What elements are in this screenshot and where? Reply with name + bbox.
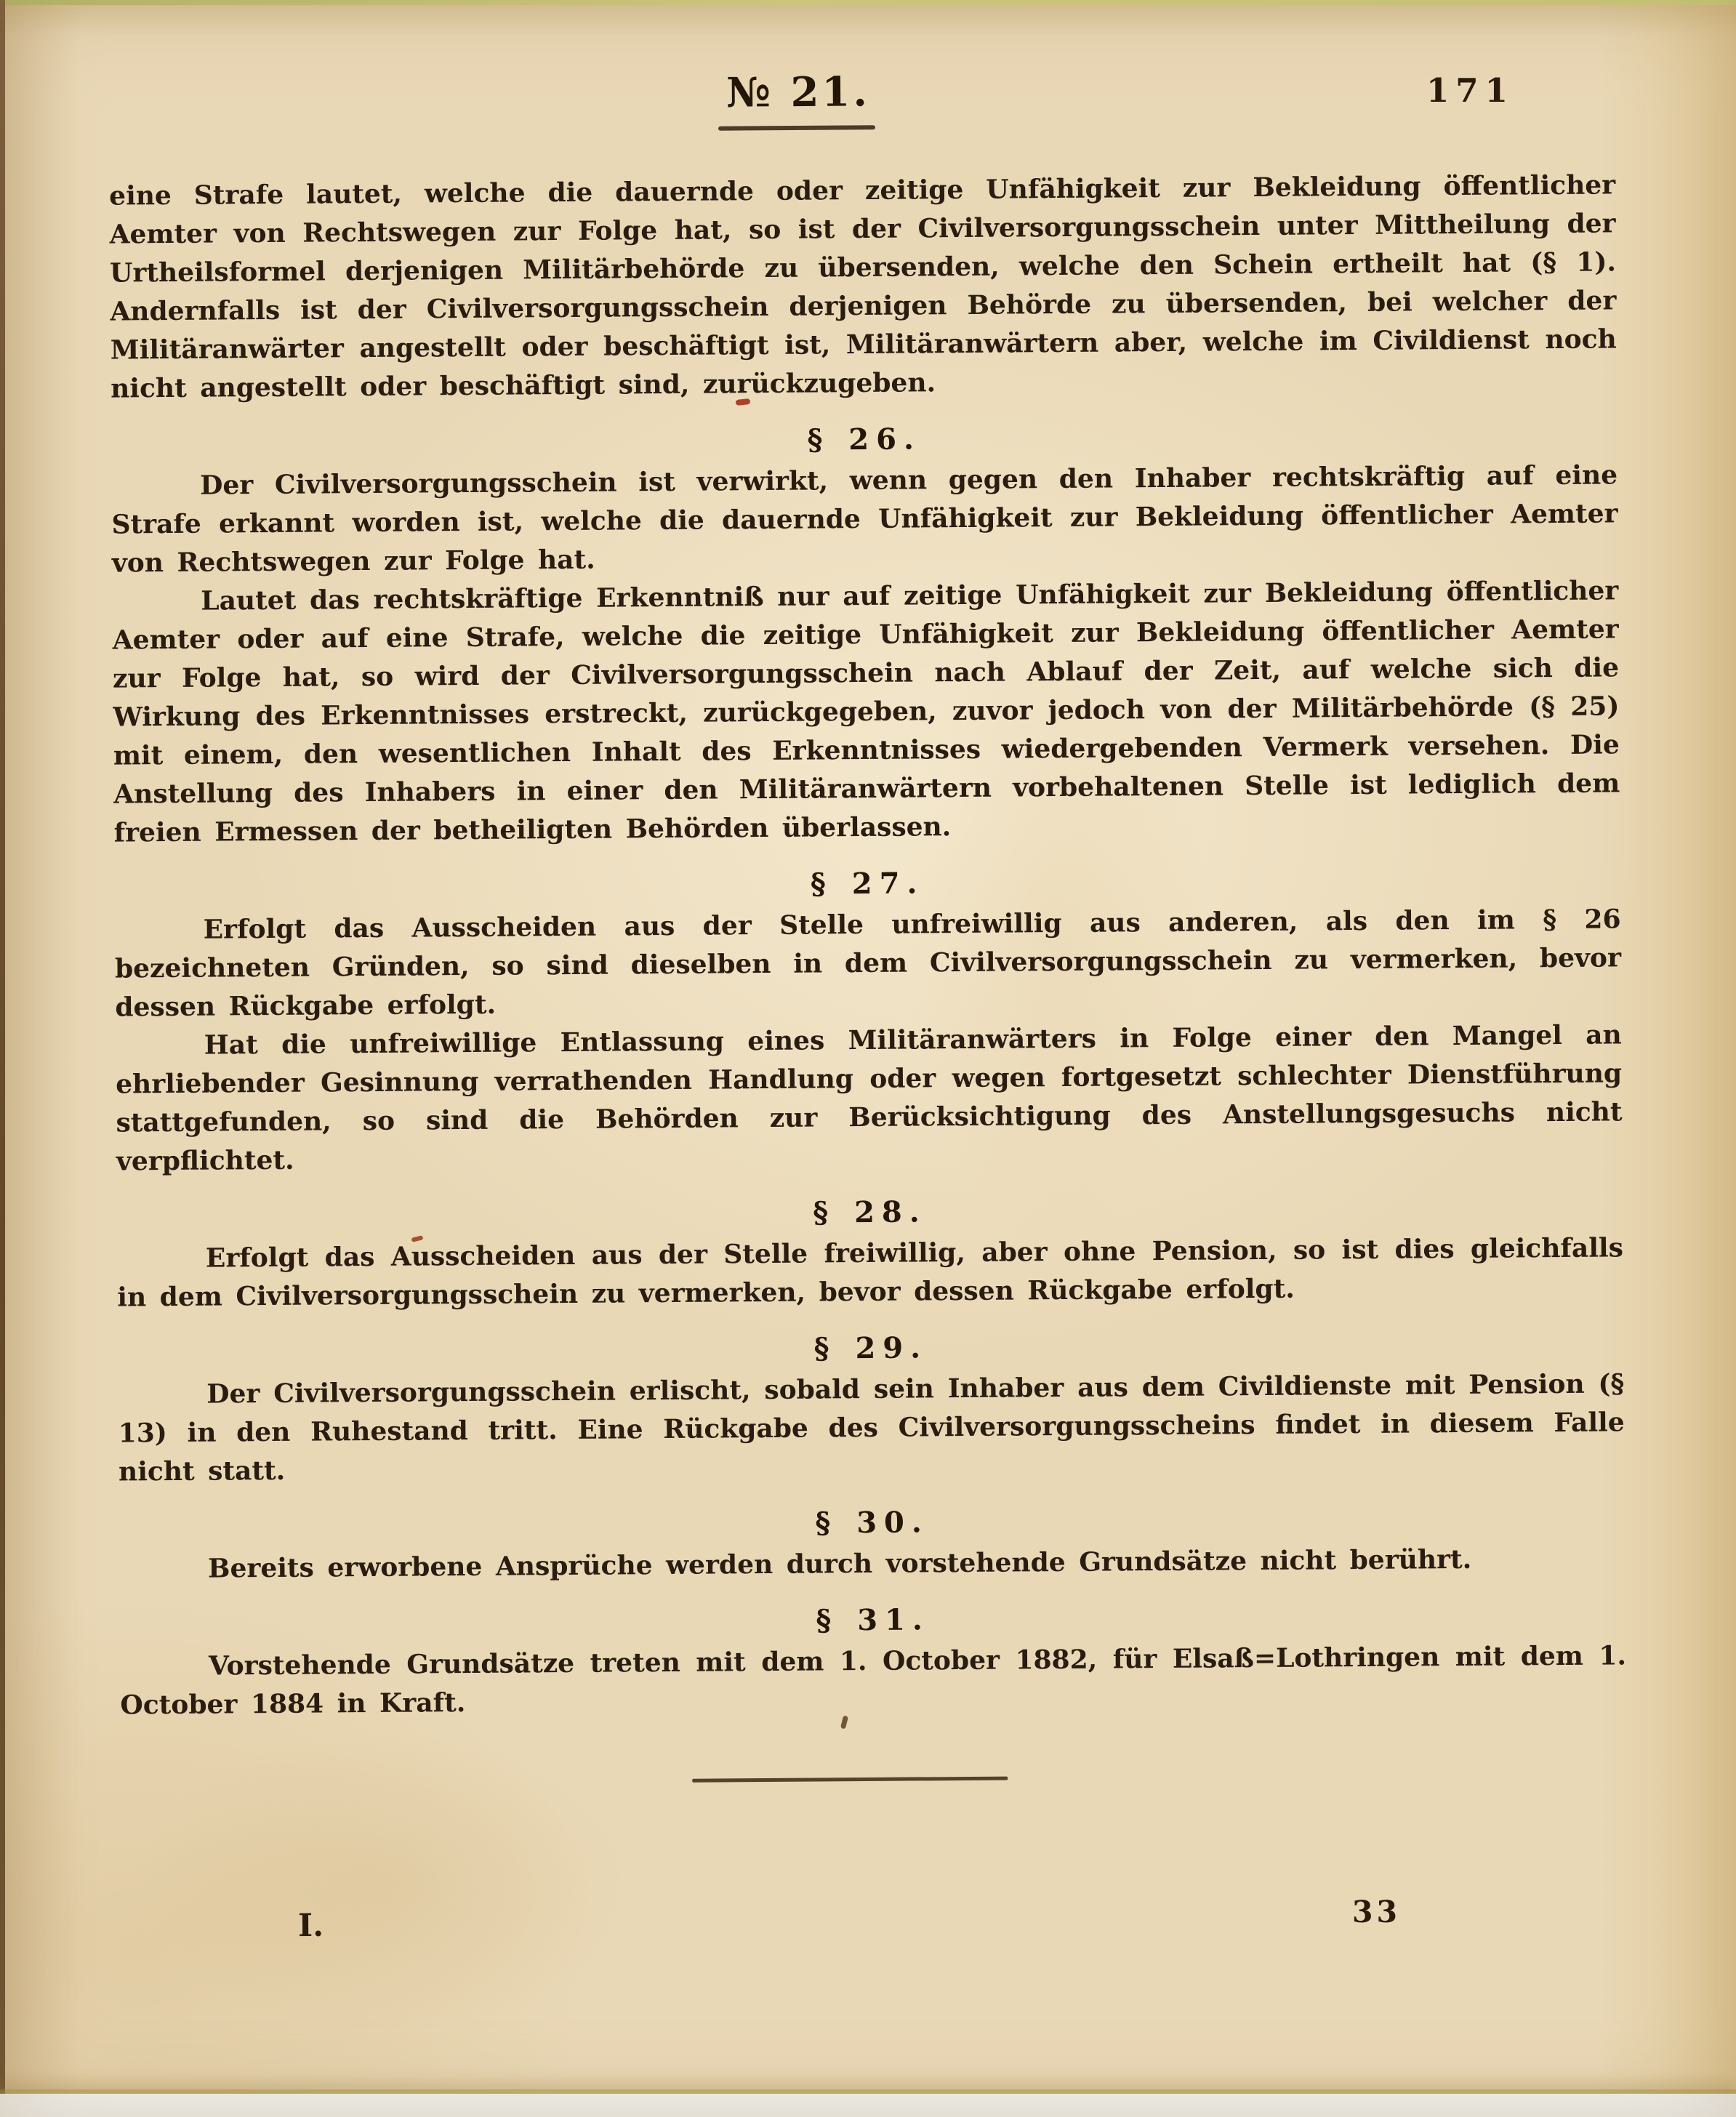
paragraph-27-1: Erfolgt das Ausscheiden aus der Stelle u… — [114, 900, 1621, 1027]
paragraph-28-1: Erfolgt das Ausscheiden aus der Stelle f… — [117, 1229, 1624, 1317]
section-heading-26: § 26. — [111, 414, 1618, 464]
document-body: eine Strafe lautet, welche die dauernde … — [109, 166, 1627, 1786]
section-heading-31: § 31. — [119, 1595, 1626, 1644]
scan-left-edge — [0, 0, 5, 2095]
section-heading-29: § 29. — [118, 1323, 1624, 1373]
section-heading-30: § 30. — [118, 1498, 1625, 1547]
sheet-number: 33 — [1352, 1895, 1401, 1929]
closing-rule — [692, 1777, 1008, 1783]
section-heading-27: § 27. — [114, 859, 1620, 908]
issue-heading-underline — [718, 125, 875, 131]
scan-top-edge — [0, 0, 1736, 5]
section-heading-28: § 28. — [116, 1187, 1623, 1237]
signature-mark: I. — [298, 1908, 324, 1944]
paragraph-31-1: Vorstehende Grundsätze treten mit dem 1.… — [120, 1636, 1627, 1724]
paragraph-26-1: Der Civilversorgungsschein ist verwirkt,… — [111, 456, 1618, 582]
scan-bottom-edge — [0, 2094, 1736, 2117]
paragraph-29-1: Der Civilversorgungsschein erlischt, sob… — [118, 1365, 1625, 1491]
paragraph-27-2: Hat die unfreiwillige Entlassung eines M… — [116, 1016, 1623, 1181]
issue-number-heading: № 21. — [726, 68, 870, 116]
page-number: 171 — [1426, 71, 1514, 110]
scanned-document-page: № 21. 171 eine Strafe lautet, welche die… — [0, 0, 1736, 2117]
paragraph-30-1: Bereits erworbene Ansprüche werden durch… — [119, 1539, 1626, 1588]
paragraph-continuation: eine Strafe lautet, welche die dauernde … — [109, 166, 1617, 408]
paragraph-26-2: Lautet das rechtskräftige Erkenntniß nur… — [112, 571, 1620, 852]
